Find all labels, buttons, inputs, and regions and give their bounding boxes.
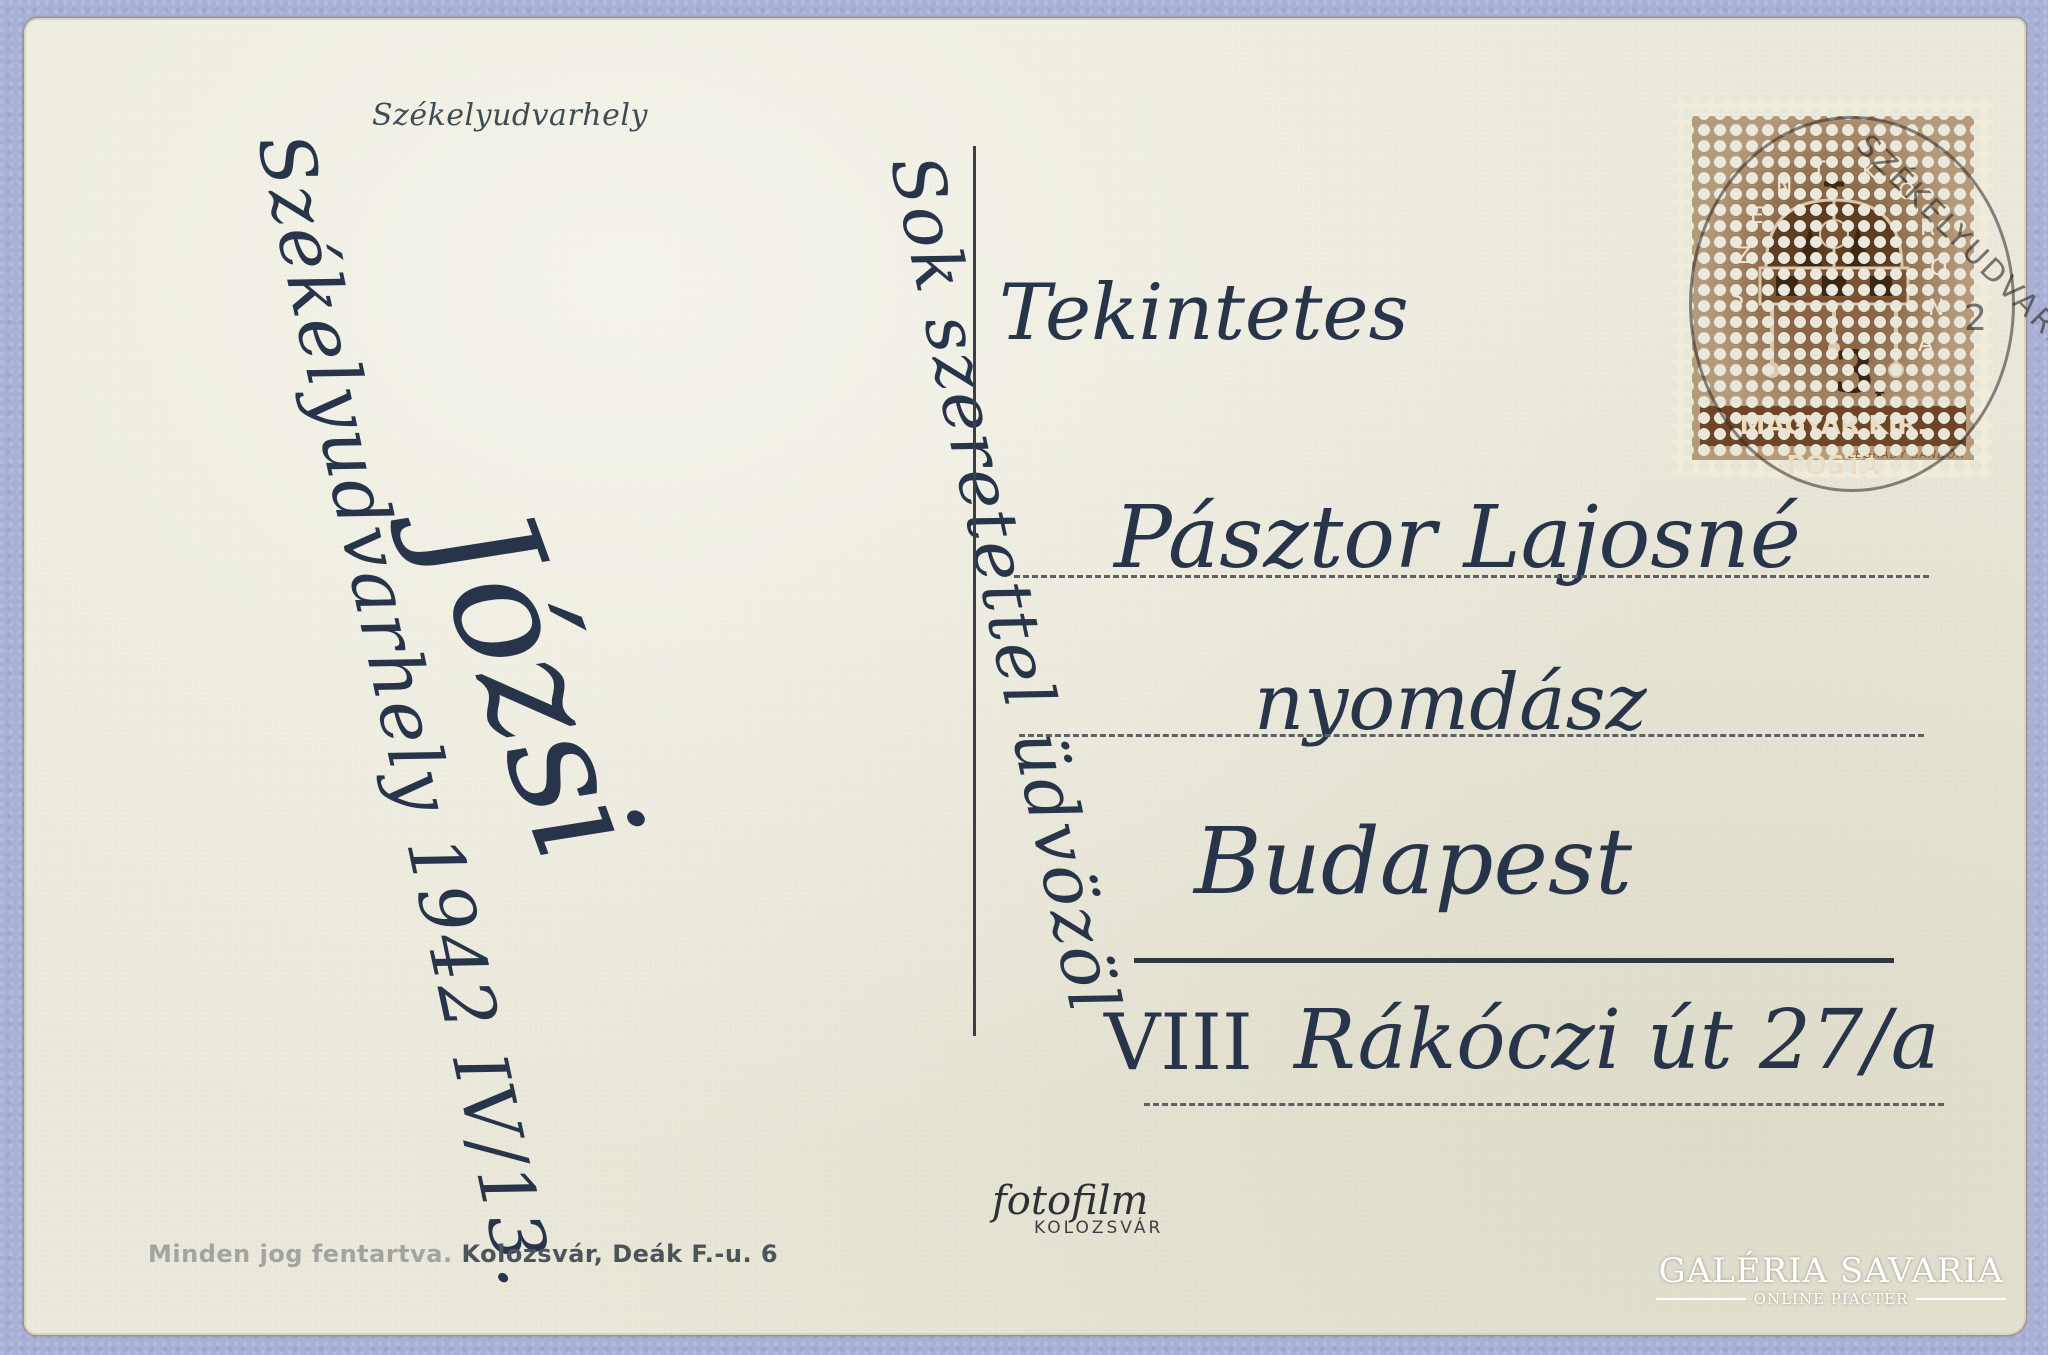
watermark-subtitle: ONLINE PIACTÉR [1754, 1290, 1909, 1308]
address-line-4 [1144, 1103, 1944, 1106]
center-divider [973, 146, 976, 1036]
watermark-subtitle-row: ONLINE PIACTÉR [1656, 1290, 2006, 1308]
watermark-rule-right [1916, 1298, 2006, 1300]
publisher-line: Minden jog fentartva. Kolozsvár, Deák F.… [148, 1240, 778, 1268]
address-line-1 [1014, 575, 1929, 578]
street-district: VIII [1104, 998, 1253, 1088]
maker-logo: fotofilm KOLOZSVÁR [992, 1178, 1163, 1238]
recipient-name: Pásztor Lajosné [1114, 488, 1801, 588]
printed-place-name: Székelyudvarhely [372, 98, 648, 133]
maker-city: KOLOZSVÁR [1034, 1218, 1163, 1238]
watermark: GALÉRIA SAVARIA ONLINE PIACTÉR [1656, 1252, 2006, 1308]
street-address: Rákóczi út 27/a [1294, 993, 1940, 1088]
publisher-rights-text: Minden jog fentartva. [148, 1240, 453, 1268]
recipient-city: Budapest [1194, 808, 1632, 915]
watermark-title: GALÉRIA SAVARIA [1656, 1252, 2006, 1290]
postmark-date: 2 [1964, 298, 1987, 339]
address-line-3-underline [1134, 958, 1894, 963]
watermark-rule-left [1656, 1298, 1746, 1300]
recipient-title: Tekintetes [999, 268, 1409, 358]
publisher-address: Kolozsvár, Deák F.-u. 6 [461, 1240, 778, 1268]
address-line-2 [1019, 734, 1924, 737]
postcard-back: Székelyudvarhely Székelyudvarhely 1942 I… [24, 18, 2026, 1335]
